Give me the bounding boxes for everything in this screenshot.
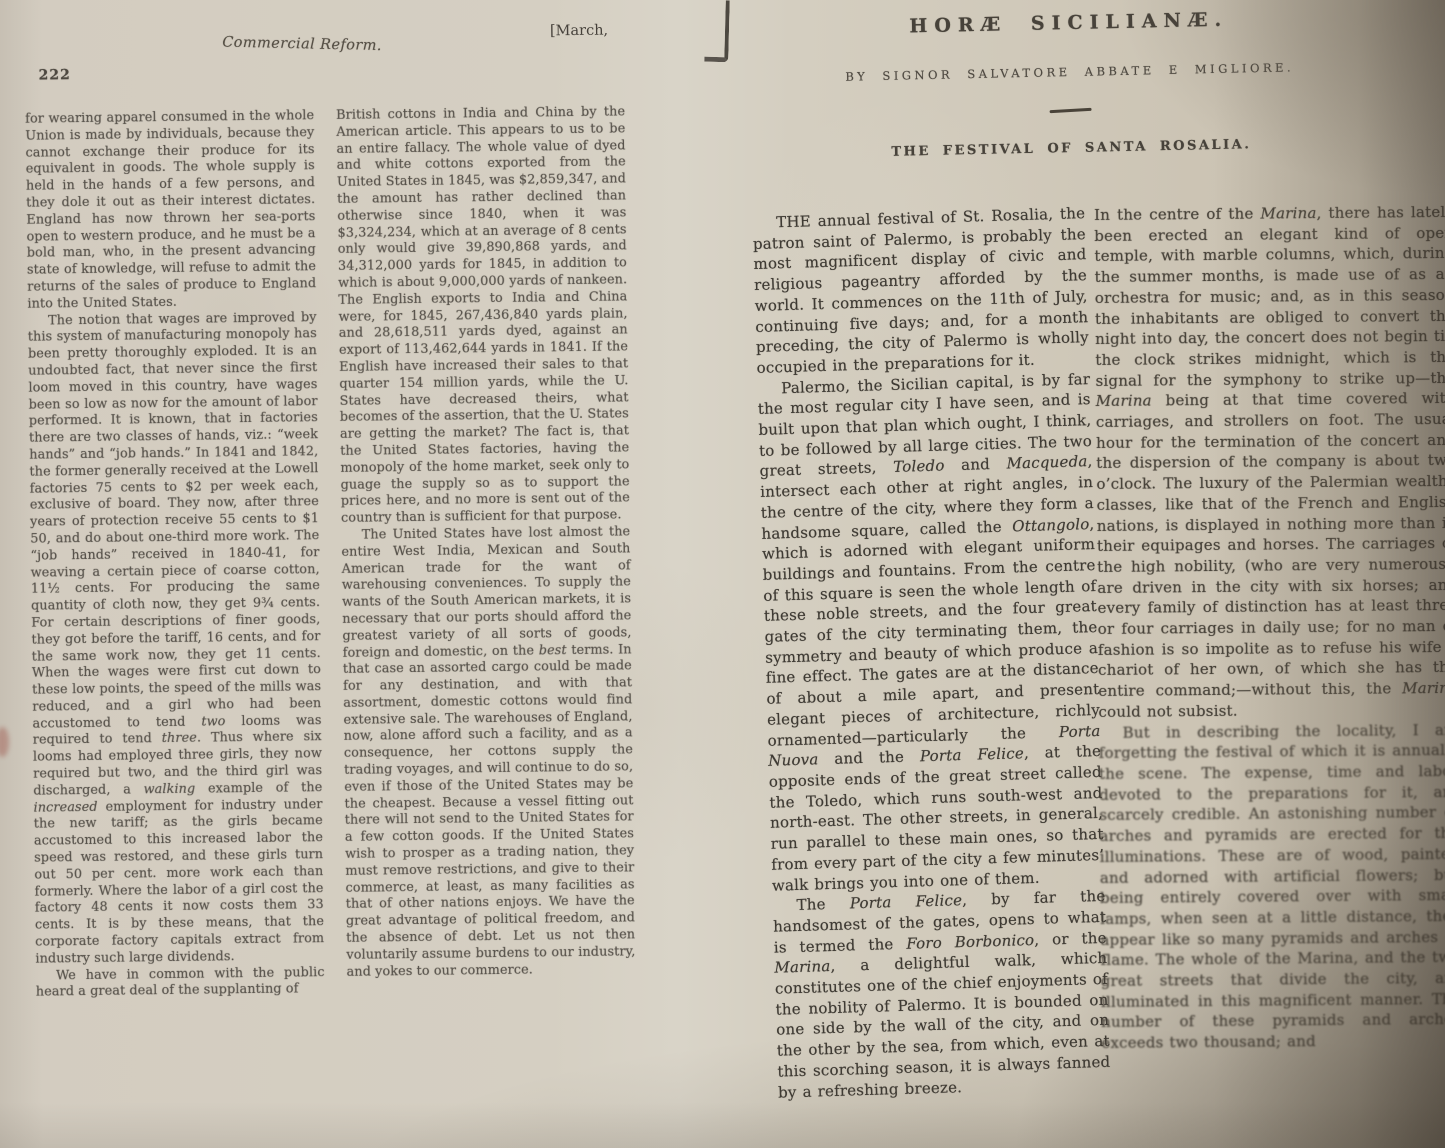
paragraph: British cottons in India and China by th… [336,104,630,527]
article-title: HORÆ SICILIANÆ. [699,2,1439,43]
paragraph: We have in common with the public heard … [36,965,325,1002]
article-byline: BY SIGNOR SALVATORE ABBATE E MIGLIORE. [700,57,1440,86]
text-column: British cottons in India and China by th… [336,104,636,998]
right-page: HORÆ SICILIANÆ. BY SIGNOR SALVATORE ABBA… [650,0,1445,1148]
text-column: for wearing apparel consumed in the whol… [25,108,325,1002]
left-page: 222 Commercial Reform. [March, for weari… [24,26,636,1001]
paragraph: Palermo, the Sicilian capital, is by far… [757,369,1105,896]
left-page-header: 222 Commercial Reform. [March, [24,26,625,111]
paragraph: THE annual festival of St. Rosalia, the … [752,203,1090,378]
book-scan-photo: 222 Commercial Reform. [March, for weari… [0,0,1445,1148]
divider-rule [1050,108,1092,113]
paragraph: The United States have lost almost the e… [341,524,636,981]
paragraph: for wearing apparel consumed in the whol… [25,108,316,313]
section-title: THE FESTIVAL OF SANTA ROSALIA. [701,133,1441,163]
paragraph: But in describing the locality, I am for… [1099,719,1445,1053]
paragraph: In the centre of the Marina, there has l… [1094,202,1445,723]
article-header: HORÆ SICILIANÆ. BY SIGNOR SALVATORE ABBA… [699,2,1442,163]
page-number: 222 [39,67,71,83]
paragraph: The Porta Felice, by far the handsomest … [772,886,1111,1103]
left-page-columns: for wearing apparel consumed in the whol… [25,104,636,1001]
page-edge-smudge [0,727,9,757]
running-head: Commercial Reform. [222,34,382,54]
text-column: THE annual festival of St. Rosalia, the … [752,203,1111,1103]
text-column: In the centre of the Marina, there has l… [1094,202,1445,1054]
issue-month: [March, [550,23,608,40]
paragraph: The notion that wages are improved by th… [28,310,325,969]
ink-mark [704,0,730,62]
